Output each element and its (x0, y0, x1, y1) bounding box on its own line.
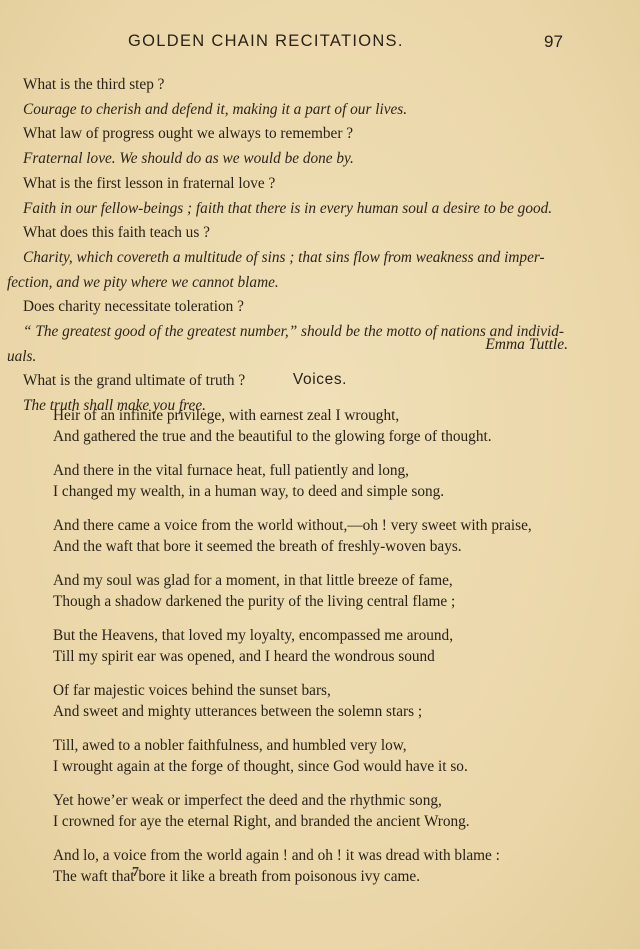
poem-body: Heir of an infinite privilege, with earn… (53, 406, 613, 901)
verse-line: And gathered the true and the beautiful … (53, 427, 613, 448)
answer-line: Charity, which covereth a multitude of s… (23, 246, 583, 271)
catechism-section: What is the third step ? Courage to cher… (23, 73, 583, 419)
running-title: GOLDEN CHAIN RECITATIONS. (128, 32, 404, 51)
book-page: GOLDEN CHAIN RECITATIONS. 97 What is the… (0, 0, 640, 949)
stanza: Heir of an infinite privilege, with earn… (53, 406, 613, 447)
answer-line: Fraternal love. We should do as we would… (23, 147, 583, 172)
verse-line: And my soul was glad for a moment, in th… (53, 571, 613, 592)
verse-line: I crowned for aye the eternal Right, and… (53, 812, 613, 833)
stanza: Of far majestic voices behind the sunset… (53, 681, 613, 722)
stanza: But the Heavens, that loved my loyalty, … (53, 626, 613, 667)
question-line: What is the first lesson in fraternal lo… (23, 172, 583, 197)
author-attribution: Emma Tuttle. (485, 336, 568, 354)
question-line: Does charity necessitate toleration ? (23, 295, 583, 320)
page-number: 97 (544, 32, 563, 52)
verse-line: And there in the vital furnace heat, ful… (53, 461, 613, 482)
stanza: And there in the vital furnace heat, ful… (53, 461, 613, 502)
question-line: What does this faith teach us ? (23, 221, 583, 246)
verse-line: Yet howe’er weak or imperfect the deed a… (53, 791, 613, 812)
poem-title: Voices. (0, 371, 640, 389)
verse-line: And there came a voice from the world wi… (53, 516, 613, 537)
stanza: And my soul was glad for a moment, in th… (53, 571, 613, 612)
verse-line: Though a shadow darkened the purity of t… (53, 592, 613, 613)
answer-continuation-line: fection, and we pity where we cannot bla… (7, 271, 583, 296)
verse-line: I changed my wealth, in a human way, to … (53, 482, 613, 503)
stanza: Yet howe’er weak or imperfect the deed a… (53, 791, 613, 832)
answer-line: Faith in our fellow-beings ; faith that … (23, 197, 583, 222)
running-header: GOLDEN CHAIN RECITATIONS. 97 (0, 32, 640, 56)
verse-line: I wrought again at the forge of thought,… (53, 757, 613, 778)
verse-line: Till my spirit ear was opened, and I hea… (53, 647, 613, 668)
answer-line: Courage to cherish and defend it, making… (23, 98, 583, 123)
signature-mark: 7 (132, 865, 139, 881)
verse-line: Till, awed to a nobler faithfulness, and… (53, 736, 613, 757)
question-line: What is the third step ? (23, 73, 583, 98)
verse-line: And lo, a voice from the world again ! a… (53, 846, 613, 867)
verse-line: Of far majestic voices behind the sunset… (53, 681, 613, 702)
verse-line: But the Heavens, that loved my loyalty, … (53, 626, 613, 647)
verse-line: And sweet and mighty utterances between … (53, 702, 613, 723)
question-line: What law of progress ought we always to … (23, 122, 583, 147)
stanza: And there came a voice from the world wi… (53, 516, 613, 557)
verse-line: Heir of an infinite privilege, with earn… (53, 406, 613, 427)
verse-line: And the waft that bore it seemed the bre… (53, 537, 613, 558)
stanza: Till, awed to a nobler faithfulness, and… (53, 736, 613, 777)
